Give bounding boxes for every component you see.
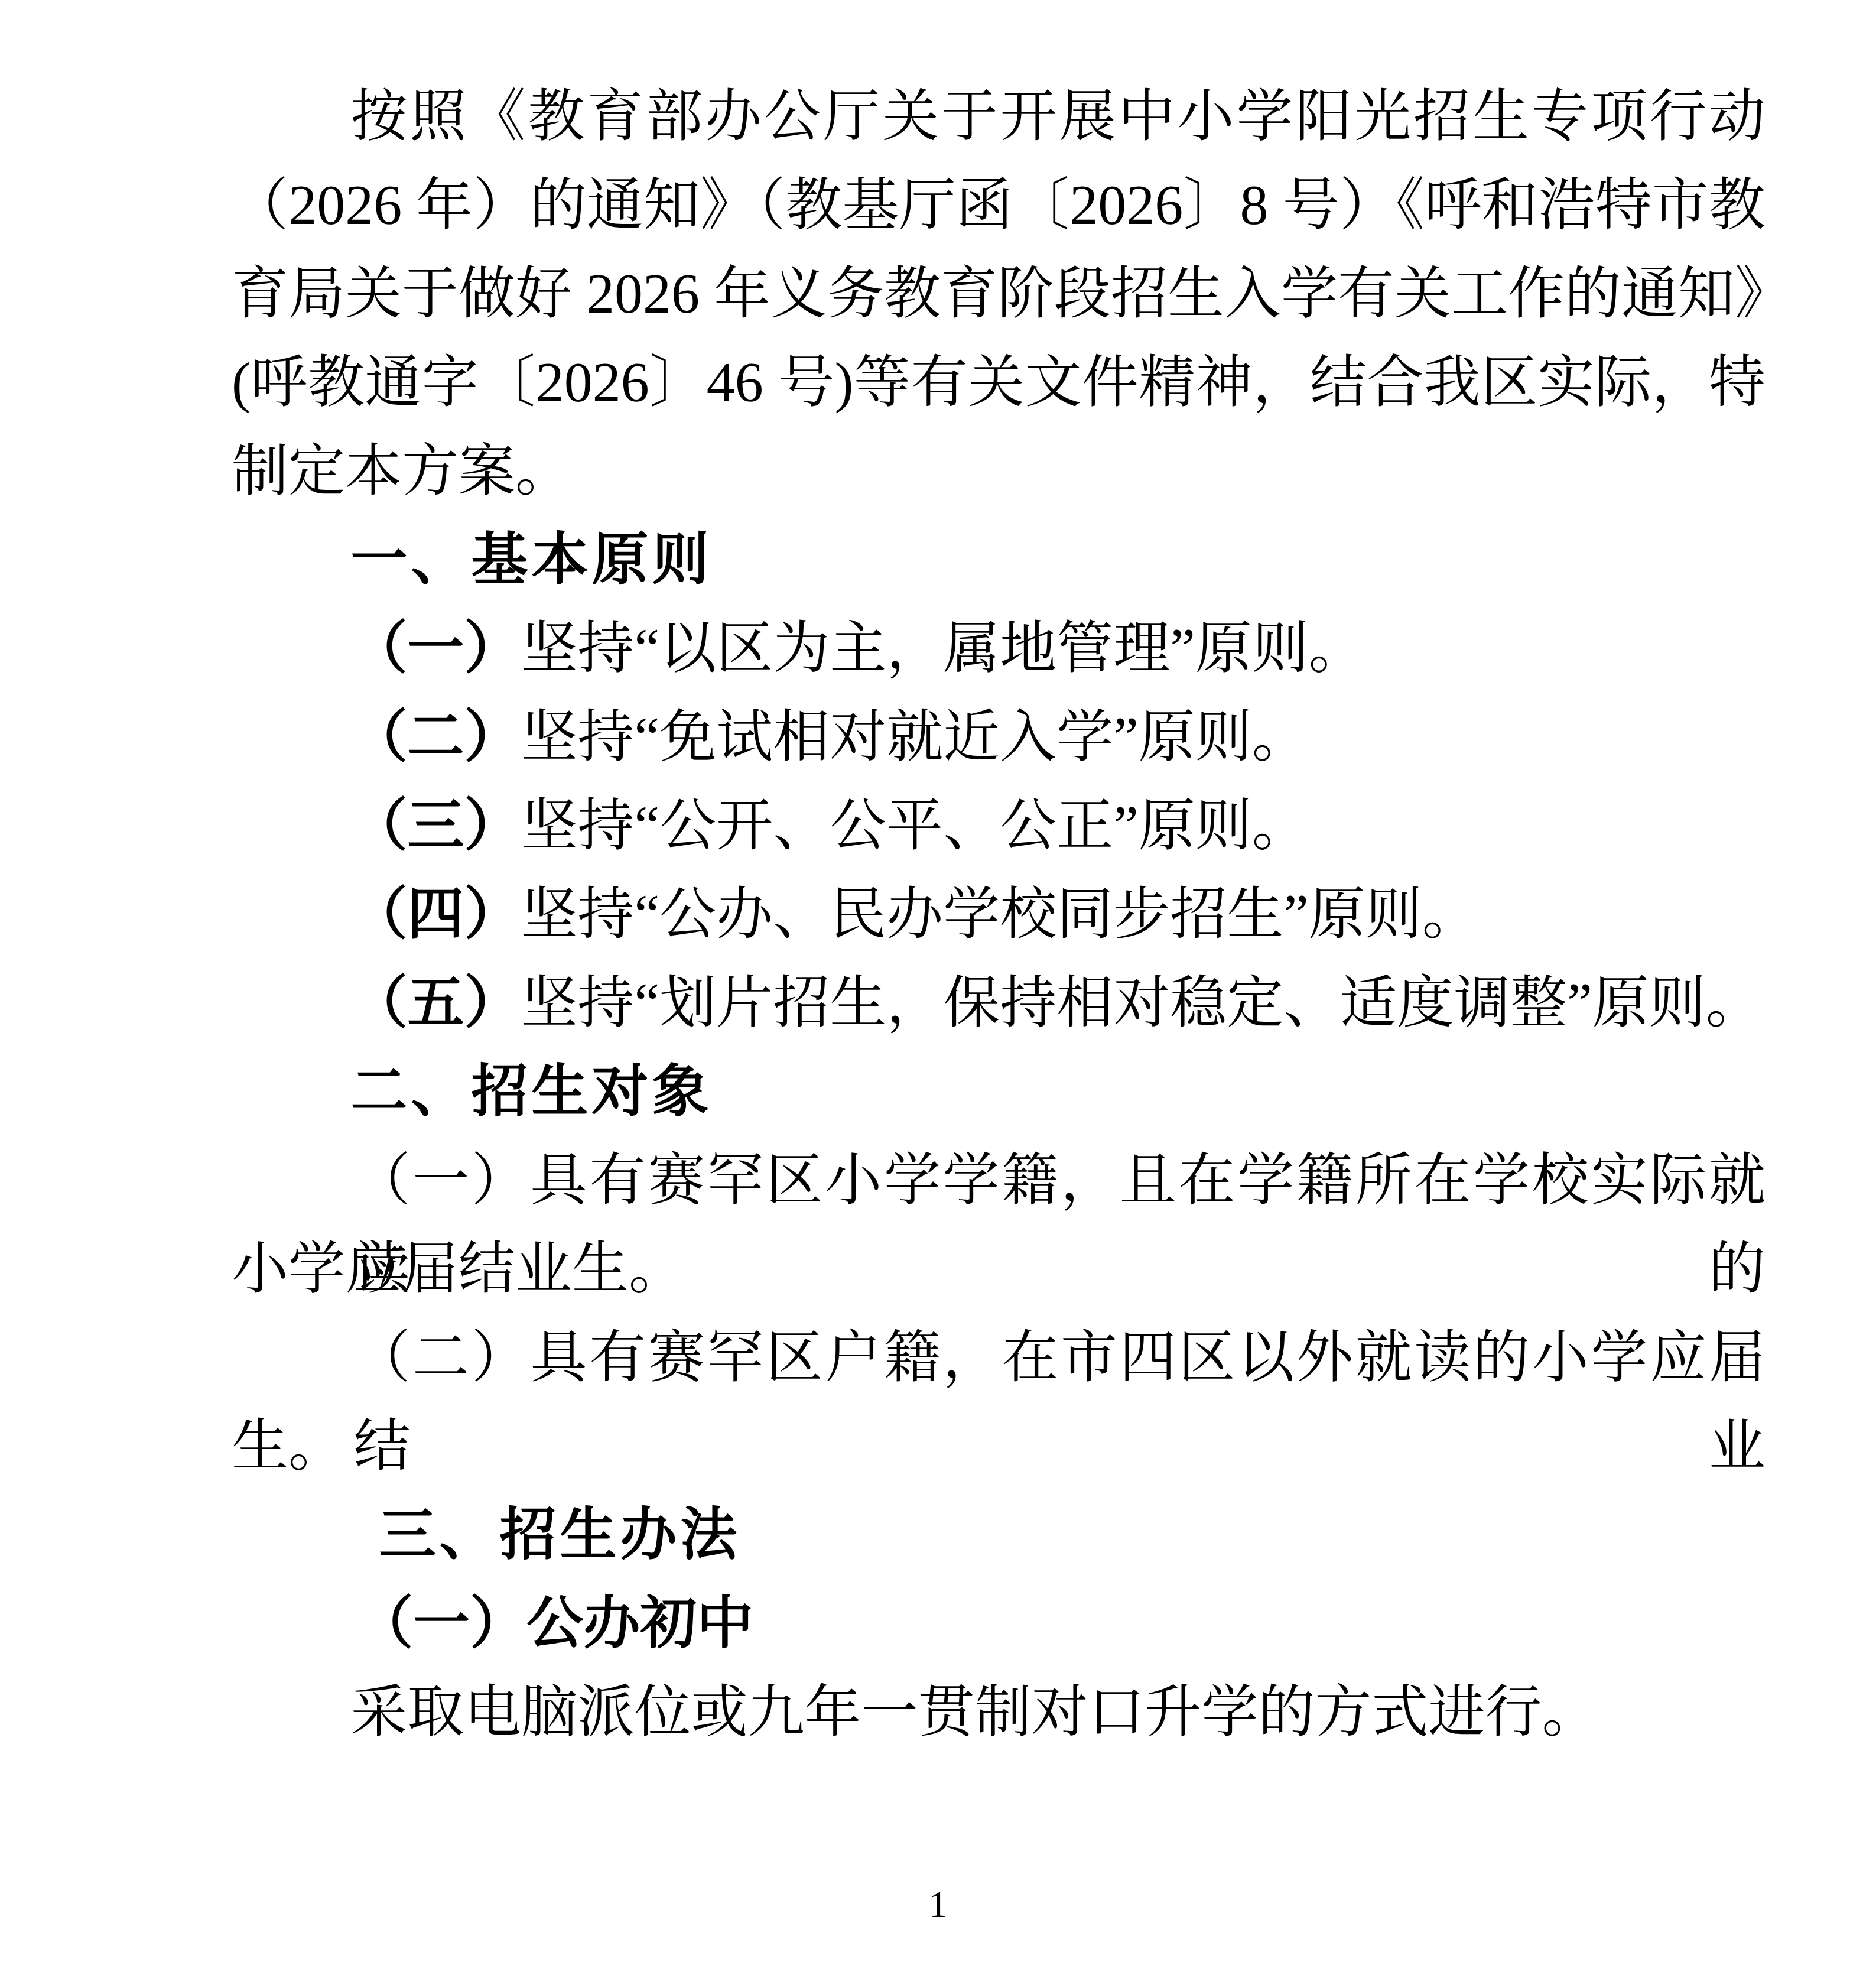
text-segment: 一、基本原则: [351, 528, 713, 591]
text-line: 二、招生对象: [232, 1047, 1766, 1136]
text-segment: （一）公办初中: [356, 1592, 753, 1655]
text-segment: （三）: [351, 794, 521, 857]
text-segment: （二）具有赛罕区户籍，在市四区以外就读的小学应届结业: [353, 1326, 1766, 1477]
text-line: 按照《教育部办公厅关于开展中小学阳光招生专项行动: [232, 72, 1766, 161]
text-segment: （二）: [351, 705, 521, 768]
text-segment: 坚持“公开、公平、公正”原则。: [521, 794, 1309, 857]
text-line: （二）坚持“免试相对就近入学”原则。: [232, 693, 1766, 781]
text-line: （2026 年）的通知》（教基厅函〔2026〕8 号）《呼和浩特市教: [232, 161, 1766, 249]
text-segment: 制定本方案。: [232, 439, 572, 502]
text-segment: 二、招生对象: [351, 1060, 713, 1123]
text-segment: 按照《教育部办公厅关于开展中小学阳光招生专项行动: [351, 85, 1766, 148]
text-line: （五）坚持“划片招生，保持相对稳定、适度调整”原则。: [232, 959, 1766, 1047]
text-line: （四）坚持“公办、民办学校同步招生”原则。: [232, 870, 1766, 959]
text-segment: （五）: [351, 971, 521, 1034]
text-segment: 坚持“划片招生，保持相对稳定、适度调整”原则。: [521, 971, 1763, 1034]
text-segment: 生。: [232, 1414, 345, 1477]
text-line: (呼教通字〔2026〕46 号)等有关文件精神，结合我区实际，特: [232, 338, 1766, 427]
text-segment: 坚持“以区为主，属地管理”原则。: [521, 616, 1365, 680]
text-line: 采取电脑派位或九年一贯制对口升学的方式进行。: [232, 1668, 1766, 1756]
document-body: 按照《教育部办公厅关于开展中小学阳光招生专项行动（2026 年）的通知》（教基厅…: [232, 72, 1766, 1756]
text-segment: （2026 年）的通知》（教基厅函〔2026〕8 号）《呼和浩特市教: [232, 173, 1766, 236]
text-segment: 三、招生办法: [379, 1503, 741, 1566]
text-segment: （四）: [351, 882, 521, 946]
text-line: （一）公办初中: [232, 1579, 1766, 1668]
text-segment: 小学应届结业生。: [232, 1237, 685, 1300]
text-line: 一、基本原则: [232, 515, 1766, 604]
text-line: 育局关于做好 2026 年义务教育阶段招生入学有关工作的通知》: [232, 249, 1766, 338]
text-line: （一）坚持“以区为主，属地管理”原则。: [232, 604, 1766, 693]
text-segment: 坚持“免试相对就近入学”原则。: [521, 705, 1309, 768]
text-line: （二）具有赛罕区户籍，在市四区以外就读的小学应届结业: [232, 1313, 1766, 1402]
text-line: 制定本方案。: [232, 427, 1766, 515]
text-segment: （一）: [351, 616, 521, 680]
page-number: 1: [0, 1878, 1876, 1931]
text-line: （三）坚持“公开、公平、公正”原则。: [232, 781, 1766, 870]
text-segment: 育局关于做好 2026 年义务教育阶段招生入学有关工作的通知》: [232, 262, 1792, 325]
text-segment: 坚持“公办、民办学校同步招生”原则。: [521, 882, 1479, 946]
text-line: 三、招生办法: [232, 1490, 1766, 1579]
text-line: （一）具有赛罕区小学学籍，且在学籍所在学校实际就读的: [232, 1136, 1766, 1225]
text-segment: 采取电脑派位或九年一贯制对口升学的方式进行。: [351, 1680, 1599, 1743]
text-segment: (呼教通字〔2026〕46 号)等有关文件精神，结合我区实际，特: [232, 350, 1766, 414]
document-page: 按照《教育部办公厅关于开展中小学阳光招生专项行动（2026 年）的通知》（教基厅…: [0, 0, 1876, 1978]
